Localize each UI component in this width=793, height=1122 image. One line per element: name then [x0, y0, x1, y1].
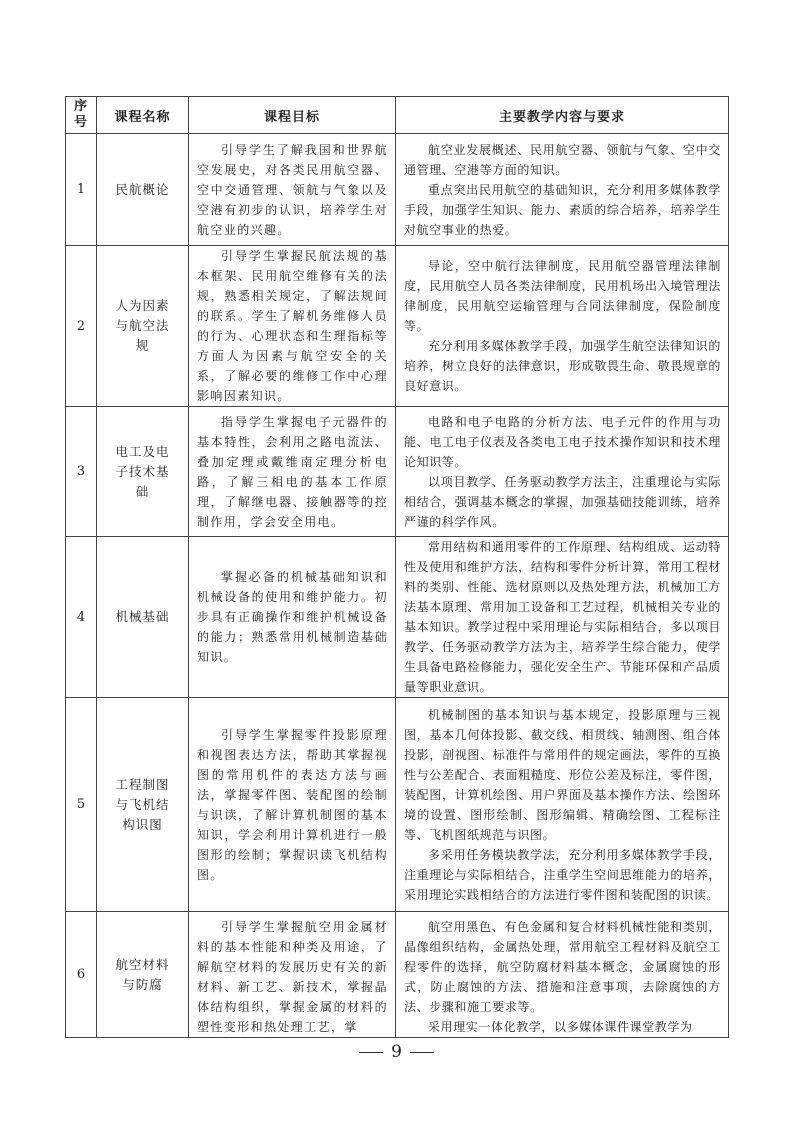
content-paragraph: 航空用黑色、有色金属和复合材料机械性能和类别，晶像组织结构，金属热处理，常用航空… — [396, 917, 728, 1017]
header-course-goal: 课程目标 — [189, 97, 396, 134]
content-paragraph: 电路和电子电路的分析方法、电子元件的作用与功能、电工电子仪表及各类电工电子技术操… — [396, 412, 728, 472]
row-course-goal: 指导学生掌握电子元器件的基本特性，会利用之路电流法、叠加定理或戴维南定理分析电路… — [189, 407, 396, 537]
dash-decoration — [359, 1052, 383, 1053]
row-teaching-content: 常用结构和通用零件的工作原理、结构组成、运动特性及使用和维护方法，结构和零件分析… — [396, 537, 729, 698]
table-row: 3 电工及电子技术基础 指导学生掌握电子元器件的基本特性，会利用之路电流法、叠加… — [66, 407, 729, 537]
content-paragraph: 多采用任务模块教学法，充分利用多媒体教学手段，注重理论与实际相结合，注重学生空间… — [396, 845, 728, 905]
goal-text: 引导学生了解我国和世界航空发展史，对各类民用航空器、空中交通管理、领航与气象以及… — [189, 140, 395, 240]
content-paragraph: 导论，空中航行法律制度，民用航空器管理法律制度，民用航空人员各类法律制度，民用机… — [396, 256, 728, 336]
row-teaching-content: 电路和电子电路的分析方法、电子元件的作用与功能、电工电子仪表及各类电工电子技术操… — [396, 407, 729, 537]
row-teaching-content: 导论，空中航行法律制度，民用航空器管理法律制度，民用航空人员各类法律制度，民用机… — [396, 246, 729, 407]
row-seq: 3 — [66, 407, 97, 537]
header-seq: 序号 — [66, 97, 97, 134]
goal-text: 掌握必备的机械基础知识和机械设备的使用和维护能力。初步具有正确操作和维护机械设备… — [189, 567, 395, 667]
table-row: 6 航空材料与防腐 引导学生掌握航空用金属材料的基本性能和种类及用途，了解航空材… — [66, 912, 729, 1038]
course-name-text: 工程制图与飞机结构识图 — [97, 775, 188, 835]
header-course-name: 课程名称 — [97, 97, 189, 134]
goal-text: 引导学生掌握零件投影原理和视图表达方法，帮助其掌握视图的常用机件的表达方法与画法… — [189, 725, 395, 885]
content-paragraph: 充分利用多媒体教学手段，加强学生航空法律知识的培养，树立良好的法律意识，形成敬畏… — [396, 336, 728, 396]
row-course-name: 电工及电子技术基础 — [97, 407, 189, 537]
header-teaching-content: 主要教学内容与要求 — [396, 97, 729, 134]
goal-text: 指导学生掌握电子元器件的基本特性，会利用之路电流法、叠加定理或戴维南定理分析电路… — [189, 412, 395, 532]
row-course-goal: 掌握必备的机械基础知识和机械设备的使用和维护能力。初步具有正确操作和维护机械设备… — [189, 537, 396, 698]
table-row: 2 人为因素与航空法规 引导学生掌握民航法规的基本框架、民用航空维修有关的法规，… — [66, 246, 729, 407]
course-name-text: 民航概论 — [97, 180, 188, 200]
content-paragraph: 常用结构和通用零件的工作原理、结构组成、运动特性及使用和维护方法，结构和零件分析… — [396, 537, 728, 697]
row-course-name: 人为因素与航空法规 — [97, 246, 189, 407]
page-footer: 9 — [0, 1042, 793, 1062]
row-teaching-content: 航空用黑色、有色金属和复合材料机械性能和类别，晶像组织结构，金属热处理，常用航空… — [396, 912, 729, 1038]
course-name-text: 电工及电子技术基础 — [97, 442, 188, 502]
row-course-name: 民航概论 — [97, 134, 189, 246]
content-paragraph: 采用理实一体化教学，以多媒体课件课堂教学为 — [396, 1017, 728, 1037]
table-row: 5 工程制图与飞机结构识图 引导学生掌握零件投影原理和视图表达方法，帮助其掌握视… — [66, 698, 729, 912]
row-seq: 5 — [66, 698, 97, 912]
row-course-name: 机械基础 — [97, 537, 189, 698]
content-paragraph: 以项目教学、任务驱动教学方法主，注重理论与实际相结合，强调基本概念的掌握，加强基… — [396, 472, 728, 532]
row-teaching-content: 航空业发展概述、民用航空器、领航与气象、空中交通管理、空港等方面的知识。 重点突… — [396, 134, 729, 246]
goal-text: 引导学生掌握民航法规的基本框架、民用航空维修有关的法规，熟悉相关规定，了解法规间… — [189, 246, 395, 406]
curriculum-table: 序号 课程名称 课程目标 主要教学内容与要求 1 民航概论 引导学生了解我国和世… — [65, 96, 729, 1038]
course-name-text: 航空材料与防腐 — [97, 955, 188, 995]
row-seq: 6 — [66, 912, 97, 1038]
page-number: 9 — [391, 1042, 402, 1062]
row-teaching-content: 机械制图的基本知识与基本规定，投影原理与三视图，基本几何体投影、截交线、相贯线、… — [396, 698, 729, 912]
row-course-goal: 引导学生掌握民航法规的基本框架、民用航空维修有关的法规，熟悉相关规定，了解法规间… — [189, 246, 396, 407]
row-seq: 4 — [66, 537, 97, 698]
goal-text: 引导学生掌握航空用金属材料的基本性能和种类及用途，了解航空材料的发展历史有关的新… — [189, 917, 395, 1037]
table-header-row: 序号 课程名称 课程目标 主要教学内容与要求 — [66, 97, 729, 134]
row-seq: 2 — [66, 246, 97, 407]
row-course-goal: 引导学生了解我国和世界航空发展史，对各类民用航空器、空中交通管理、领航与气象以及… — [189, 134, 396, 246]
row-seq: 1 — [66, 134, 97, 246]
content-paragraph: 重点突出民用航空的基础知识，充分利用多媒体教学手段，加强学生知识、能力、素质的综… — [396, 180, 728, 240]
row-course-name: 工程制图与飞机结构识图 — [97, 698, 189, 912]
content-paragraph: 机械制图的基本知识与基本规定，投影原理与三视图，基本几何体投影、截交线、相贯线、… — [396, 705, 728, 845]
row-course-goal: 引导学生掌握零件投影原理和视图表达方法，帮助其掌握视图的常用机件的表达方法与画法… — [189, 698, 396, 912]
content-paragraph: 航空业发展概述、民用航空器、领航与气象、空中交通管理、空港等方面的知识。 — [396, 140, 728, 180]
row-course-name: 航空材料与防腐 — [97, 912, 189, 1038]
course-name-text: 人为因素与航空法规 — [97, 296, 188, 356]
course-name-text: 机械基础 — [97, 607, 188, 627]
table-row: 4 机械基础 掌握必备的机械基础知识和机械设备的使用和维护能力。初步具有正确操作… — [66, 537, 729, 698]
dash-decoration — [410, 1052, 434, 1053]
row-course-goal: 引导学生掌握航空用金属材料的基本性能和种类及用途，了解航空材料的发展历史有关的新… — [189, 912, 396, 1038]
table-row: 1 民航概论 引导学生了解我国和世界航空发展史，对各类民用航空器、空中交通管理、… — [66, 134, 729, 246]
